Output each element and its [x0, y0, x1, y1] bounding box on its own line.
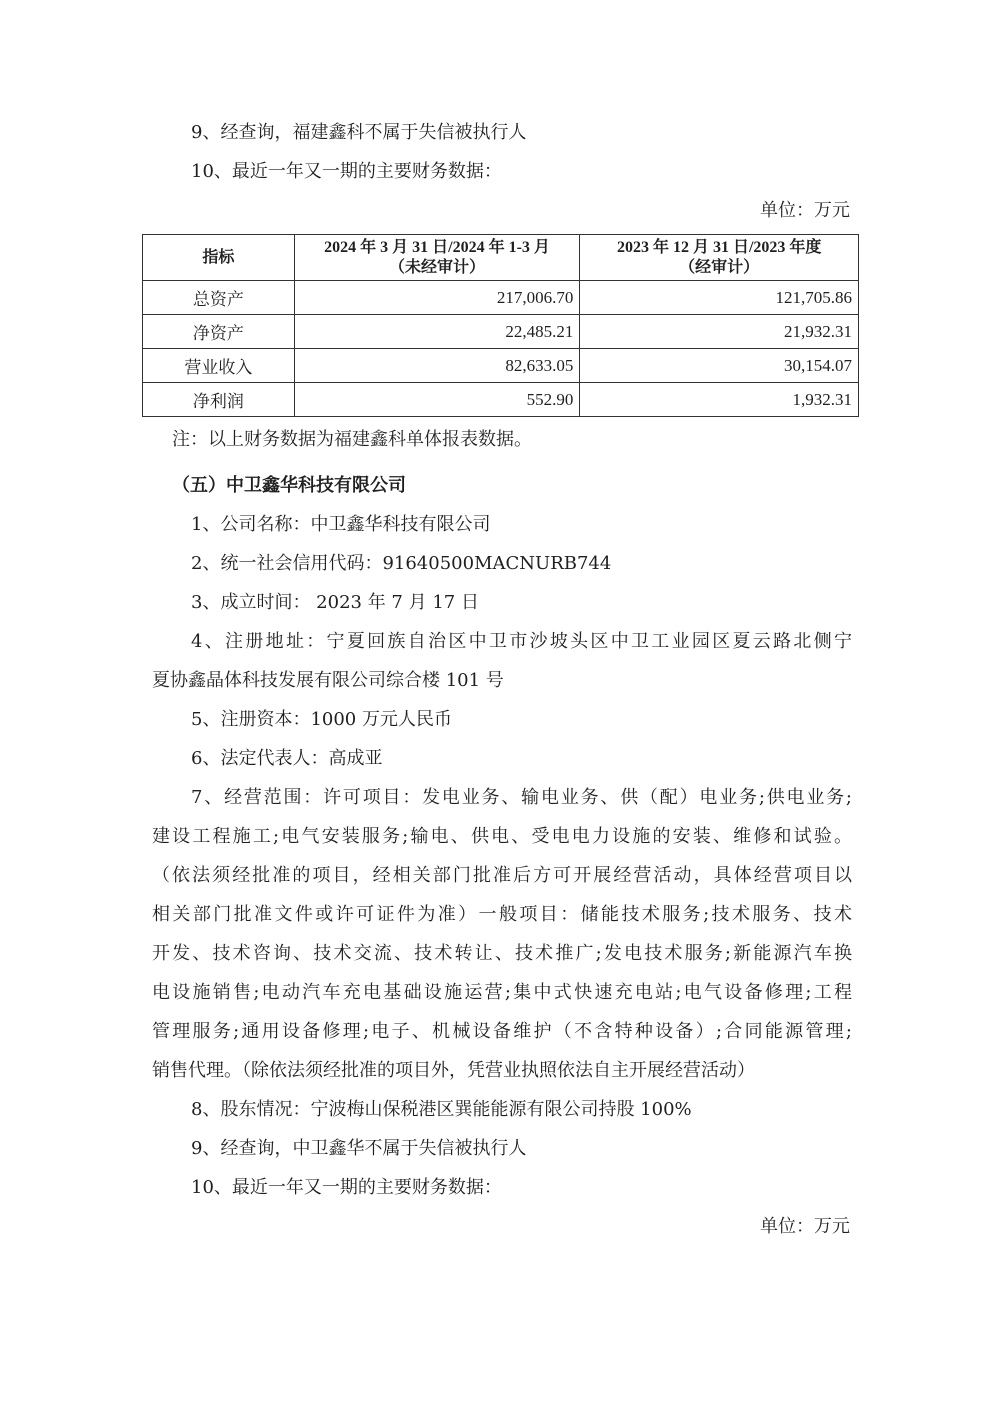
- item-7-scope-line: 电设施销售;电动汽车充电基础设施运营;集中式快速充电站;电气设备修理;工程: [152, 981, 852, 1005]
- item-4-address-line2: 夏协鑫晶体科技发展有限公司综合楼 101 号: [152, 669, 852, 693]
- item-2-credit-code: 2、统一社会信用代码：91640500MACNURB744: [191, 552, 852, 576]
- unit-label: 单位：万元: [760, 1215, 850, 1239]
- row-label: 营业收入: [143, 349, 295, 383]
- item-7-scope-line: 建设工程施工;电气安装服务;输电、供电、受电电力设施的安装、维修和试验。: [152, 825, 852, 849]
- unit-label: 单位：万元: [760, 199, 850, 223]
- value-2023: 121,705.86: [580, 281, 859, 315]
- value-2023: 30,154.07: [580, 349, 859, 383]
- item-7-scope-line: 销售代理。（除依法须经批准的项目外，凭营业执照依法自主开展经营活动）: [152, 1059, 852, 1083]
- section-5-heading: （五）中卫鑫华科技有限公司: [172, 474, 872, 498]
- row-label: 净利润: [143, 383, 295, 417]
- item-10-financial-title: 10、最近一年又一期的主要财务数据：: [191, 1176, 852, 1200]
- item-5-capital: 5、注册资本：1000 万元人民币: [191, 708, 852, 732]
- value-2024: 22,485.21: [294, 315, 580, 349]
- value-2023: 21,932.31: [580, 315, 859, 349]
- item-9-credit-check: 9、经查询，福建鑫科不属于失信被执行人: [191, 121, 852, 145]
- row-label: 净资产: [143, 315, 295, 349]
- value-2024: 217,006.70: [294, 281, 580, 315]
- item-9-credit-check: 9、经查询，中卫鑫华不属于失信被执行人: [191, 1137, 852, 1161]
- item-7-scope-line: 管理服务;通用设备修理;电子、机械设备维护（不含特种设备）;合同能源管理;: [152, 1020, 852, 1044]
- header-2024q1-audit: （未经审计）: [301, 258, 574, 278]
- item-4-address-line1: 4、注册地址：宁夏回族自治区中卫市沙坡头区中卫工业园区夏云路北侧宁: [191, 630, 852, 654]
- table-row: 总资产 217,006.70 121,705.86: [143, 281, 859, 315]
- item-7-scope-line: 相关部门批准文件或许可证件为准）一般项目：储能技术服务;技术服务、技术: [152, 903, 852, 927]
- row-label: 总资产: [143, 281, 295, 315]
- item-7-scope-line: 7、经营范围：许可项目：发电业务、输电业务、供（配）电业务;供电业务;: [191, 786, 852, 810]
- value-2024: 82,633.05: [294, 349, 580, 383]
- item-7-scope-line: （依法须经批准的项目，经相关部门批准后方可开展经营活动，具体经营项目以: [152, 864, 852, 888]
- item-10-financial-title: 10、最近一年又一期的主要财务数据：: [191, 160, 852, 184]
- table-note: 注：以上财务数据为福建鑫科单体报表数据。: [172, 428, 872, 452]
- item-7-scope-line: 开发、技术咨询、技术交流、技术转让、技术推广;发电技术服务;新能源汽车换: [152, 942, 852, 966]
- header-2023-audit: （经审计）: [586, 258, 852, 278]
- table-row: 营业收入 82,633.05 30,154.07: [143, 349, 859, 383]
- item-3-established: 3、成立时间： 2023 年 7 月 17 日: [191, 591, 852, 615]
- table-row: 净利润 552.90 1,932.31: [143, 383, 859, 417]
- item-6-legal-rep: 6、法定代表人：高成亚: [191, 747, 852, 771]
- header-2024q1: 2024 年 3 月 31 日/2024 年 1-3 月 （未经审计）: [294, 235, 580, 281]
- value-2023: 1,932.31: [580, 383, 859, 417]
- header-2023: 2023 年 12 月 31 日/2023 年度 （经审计）: [580, 235, 859, 281]
- header-2024q1-date: 2024 年 3 月 31 日/2024 年 1-3 月: [301, 238, 574, 258]
- item-8-shareholder: 8、股东情况：宁波梅山保税港区巽能能源有限公司持股 100%: [191, 1098, 852, 1122]
- header-2023-date: 2023 年 12 月 31 日/2023 年度: [586, 238, 852, 258]
- financial-table: 指标 2024 年 3 月 31 日/2024 年 1-3 月 （未经审计） 2…: [142, 234, 859, 417]
- value-2024: 552.90: [294, 383, 580, 417]
- table-row: 净资产 22,485.21 21,932.31: [143, 315, 859, 349]
- item-1-company-name: 1、公司名称：中卫鑫华科技有限公司: [191, 513, 852, 537]
- header-indicator: 指标: [143, 235, 295, 281]
- table-header-row: 指标 2024 年 3 月 31 日/2024 年 1-3 月 （未经审计） 2…: [143, 235, 859, 281]
